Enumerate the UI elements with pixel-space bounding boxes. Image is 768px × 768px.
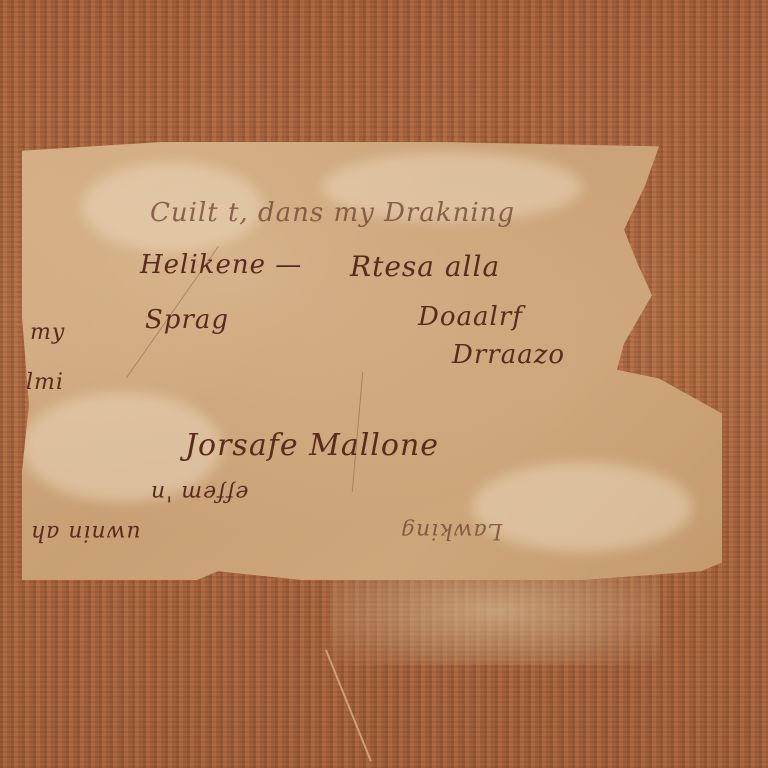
inverted-handwriting: uwnin ah [30, 520, 141, 545]
handwritten-signature: Jorsafe Mallone [185, 428, 439, 463]
margin-note: my [30, 320, 65, 345]
handwritten-line: Sprag [145, 305, 229, 335]
handwritten-line: Helikene — [140, 250, 302, 280]
handwritten-line: Rtesa alla [350, 250, 500, 283]
inverted-handwriting: effem 'n [150, 480, 248, 505]
handwritten-line: Drraazo [452, 340, 565, 370]
handwritten-line: Cuilt t, dans my Drakning [150, 198, 515, 228]
handwritten-line: Doaalrf [418, 302, 523, 332]
margin-note: lmi [26, 370, 64, 395]
inverted-handwriting: Lawking [400, 518, 502, 543]
glue-residue [330, 575, 660, 665]
paper-wear [472, 462, 692, 552]
